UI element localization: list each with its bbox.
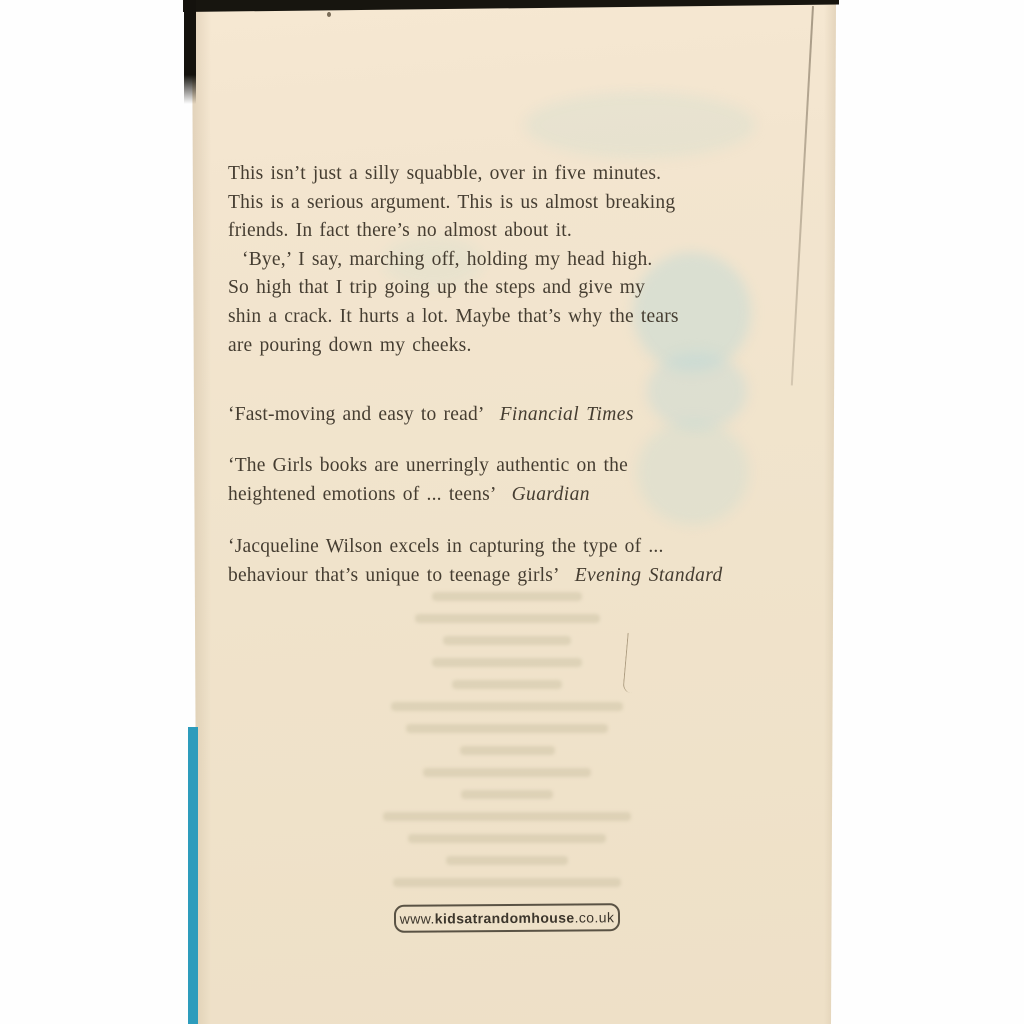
excerpt-line: ‘Bye,’ I say, marching off, holding my h… [228, 246, 728, 275]
excerpt-line: shin a crack. It hurts a lot. Maybe that… [228, 303, 728, 332]
review-quote-evening-standard: ‘Jacqueline Wilson excels in capturing t… [228, 533, 748, 590]
excerpt-line: So high that I trip going up the steps a… [228, 274, 728, 303]
excerpt-paragraph: This isn’t just a silly squabble, over i… [228, 160, 728, 360]
review-source: Financial Times [500, 404, 634, 425]
website-url-prefix: www. [400, 911, 435, 927]
book-page: This isn’t just a silly squabble, over i… [185, 0, 840, 1024]
excerpt-line: are pouring down my cheeks. [228, 332, 728, 361]
review-text: behaviour that’s unique to teenage girls… [228, 565, 560, 586]
book-page-photo: This isn’t just a silly squabble, over i… [0, 0, 1024, 1024]
website-url-suffix: .co.uk [575, 909, 615, 925]
excerpt-line: friends. In fact there’s no almost about… [228, 217, 728, 246]
review-text: ‘The Girls books are unerringly authenti… [228, 452, 748, 481]
review-source: Guardian [512, 484, 590, 505]
excerpt-line: This isn’t just a silly squabble, over i… [228, 160, 728, 189]
review-source: Evening Standard [575, 565, 723, 586]
book-cover-teal-edge [188, 727, 198, 1024]
review-text: ‘Jacqueline Wilson excels in capturing t… [228, 533, 748, 562]
review-quote-financial-times: ‘Fast-moving and easy to read’Financial … [228, 401, 748, 430]
review-text: ‘Fast-moving and easy to read’ [228, 404, 485, 425]
show-through-blob [525, 92, 755, 158]
review-text: heightened emotions of ... teens’ [228, 484, 497, 505]
excerpt-line: This is a serious argument. This is us a… [228, 189, 728, 218]
page-right-shade [824, 0, 840, 1024]
website-badge: www.kidsatrandomhouse.co.uk [394, 903, 620, 933]
photo-left-black-edge [184, 0, 196, 104]
review-quote-guardian: ‘The Girls books are unerringly authenti… [228, 452, 748, 509]
website-url-domain: kidsatrandomhouse [435, 910, 575, 927]
dust-speck [327, 12, 331, 17]
